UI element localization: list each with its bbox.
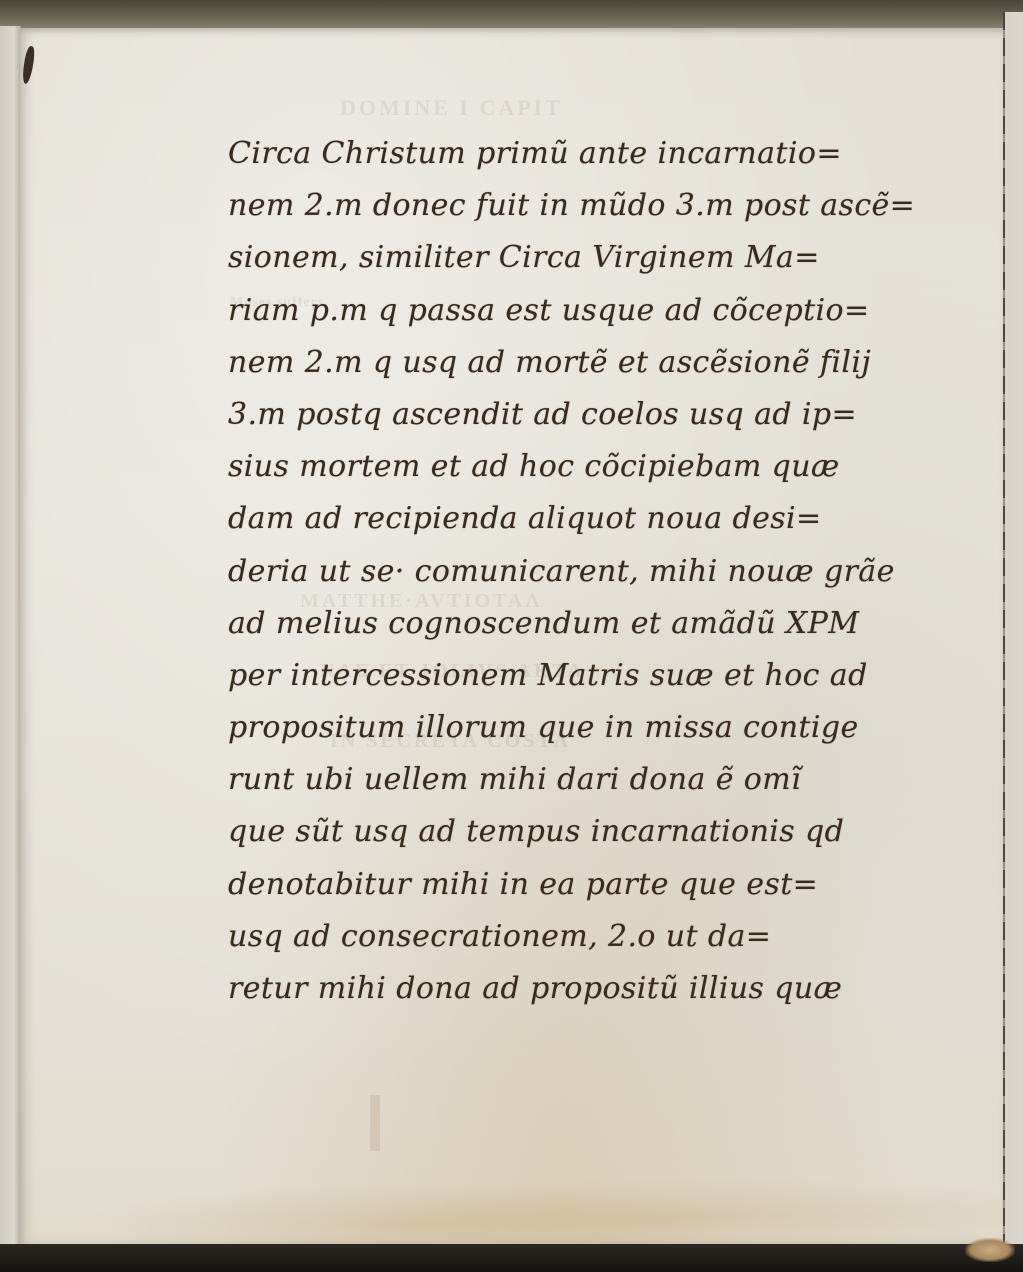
next-page-edge bbox=[1003, 12, 1023, 1252]
manuscript-line: propositum illorum que in missa contige bbox=[228, 702, 888, 754]
manuscript-line: dam ad recipienda aliquot noua desi= bbox=[228, 493, 888, 545]
manuscript-text-block: Circa Christum primũ ante incarnatio= ne… bbox=[228, 128, 888, 1015]
manuscript-line: Circa Christum primũ ante incarnatio= bbox=[228, 128, 888, 180]
book-binding-top bbox=[0, 0, 1023, 30]
manuscript-line: deria ut se· comunicarent, mihi nouæ grã… bbox=[228, 546, 888, 598]
manuscript-line: usq ad consecrationem, 2.o ut da= bbox=[228, 911, 888, 963]
page-gutter-edge bbox=[1003, 12, 1005, 1252]
manuscript-line: denotabitur mihi in ea parte que est= bbox=[228, 859, 888, 911]
manuscript-line: ad melius cognoscendum et amãdũ XPM bbox=[228, 598, 888, 650]
frayed-corner bbox=[965, 1238, 1015, 1262]
manuscript-line: per intercessionem Matris suæ et hoc ad bbox=[228, 650, 888, 702]
manuscript-line: sionem, similiter Circa Virginem Ma= bbox=[228, 232, 888, 284]
manuscript-line: nem 2.m q usq ad mortẽ et ascẽsionẽ fili… bbox=[228, 337, 888, 389]
manuscript-line: nem 2.m donec fuit in mũdo 3.m post ascẽ… bbox=[228, 180, 888, 232]
foxing-stains bbox=[20, 1150, 1005, 1244]
manuscript-line: 3.m postq ascendit ad coelos usq ad ip= bbox=[228, 389, 888, 441]
manuscript-line: que sũt usq ad tempus incarnationis qd bbox=[228, 806, 888, 858]
manuscript-line: retur mihi dona ad propositũ illius quæ bbox=[228, 963, 888, 1015]
book-bottom-shadow bbox=[0, 1244, 1023, 1272]
manuscript-line: runt ubi uellem mihi dari dona ẽ omĩ bbox=[228, 754, 888, 806]
previous-page-edge bbox=[0, 26, 21, 1246]
manuscript-line: sius mortem et ad hoc cõcipiebam quæ bbox=[228, 441, 888, 493]
bleed-through-marker bbox=[370, 1095, 380, 1151]
manuscript-line: riam p.m q passa est usque ad cõceptio= bbox=[228, 285, 888, 337]
